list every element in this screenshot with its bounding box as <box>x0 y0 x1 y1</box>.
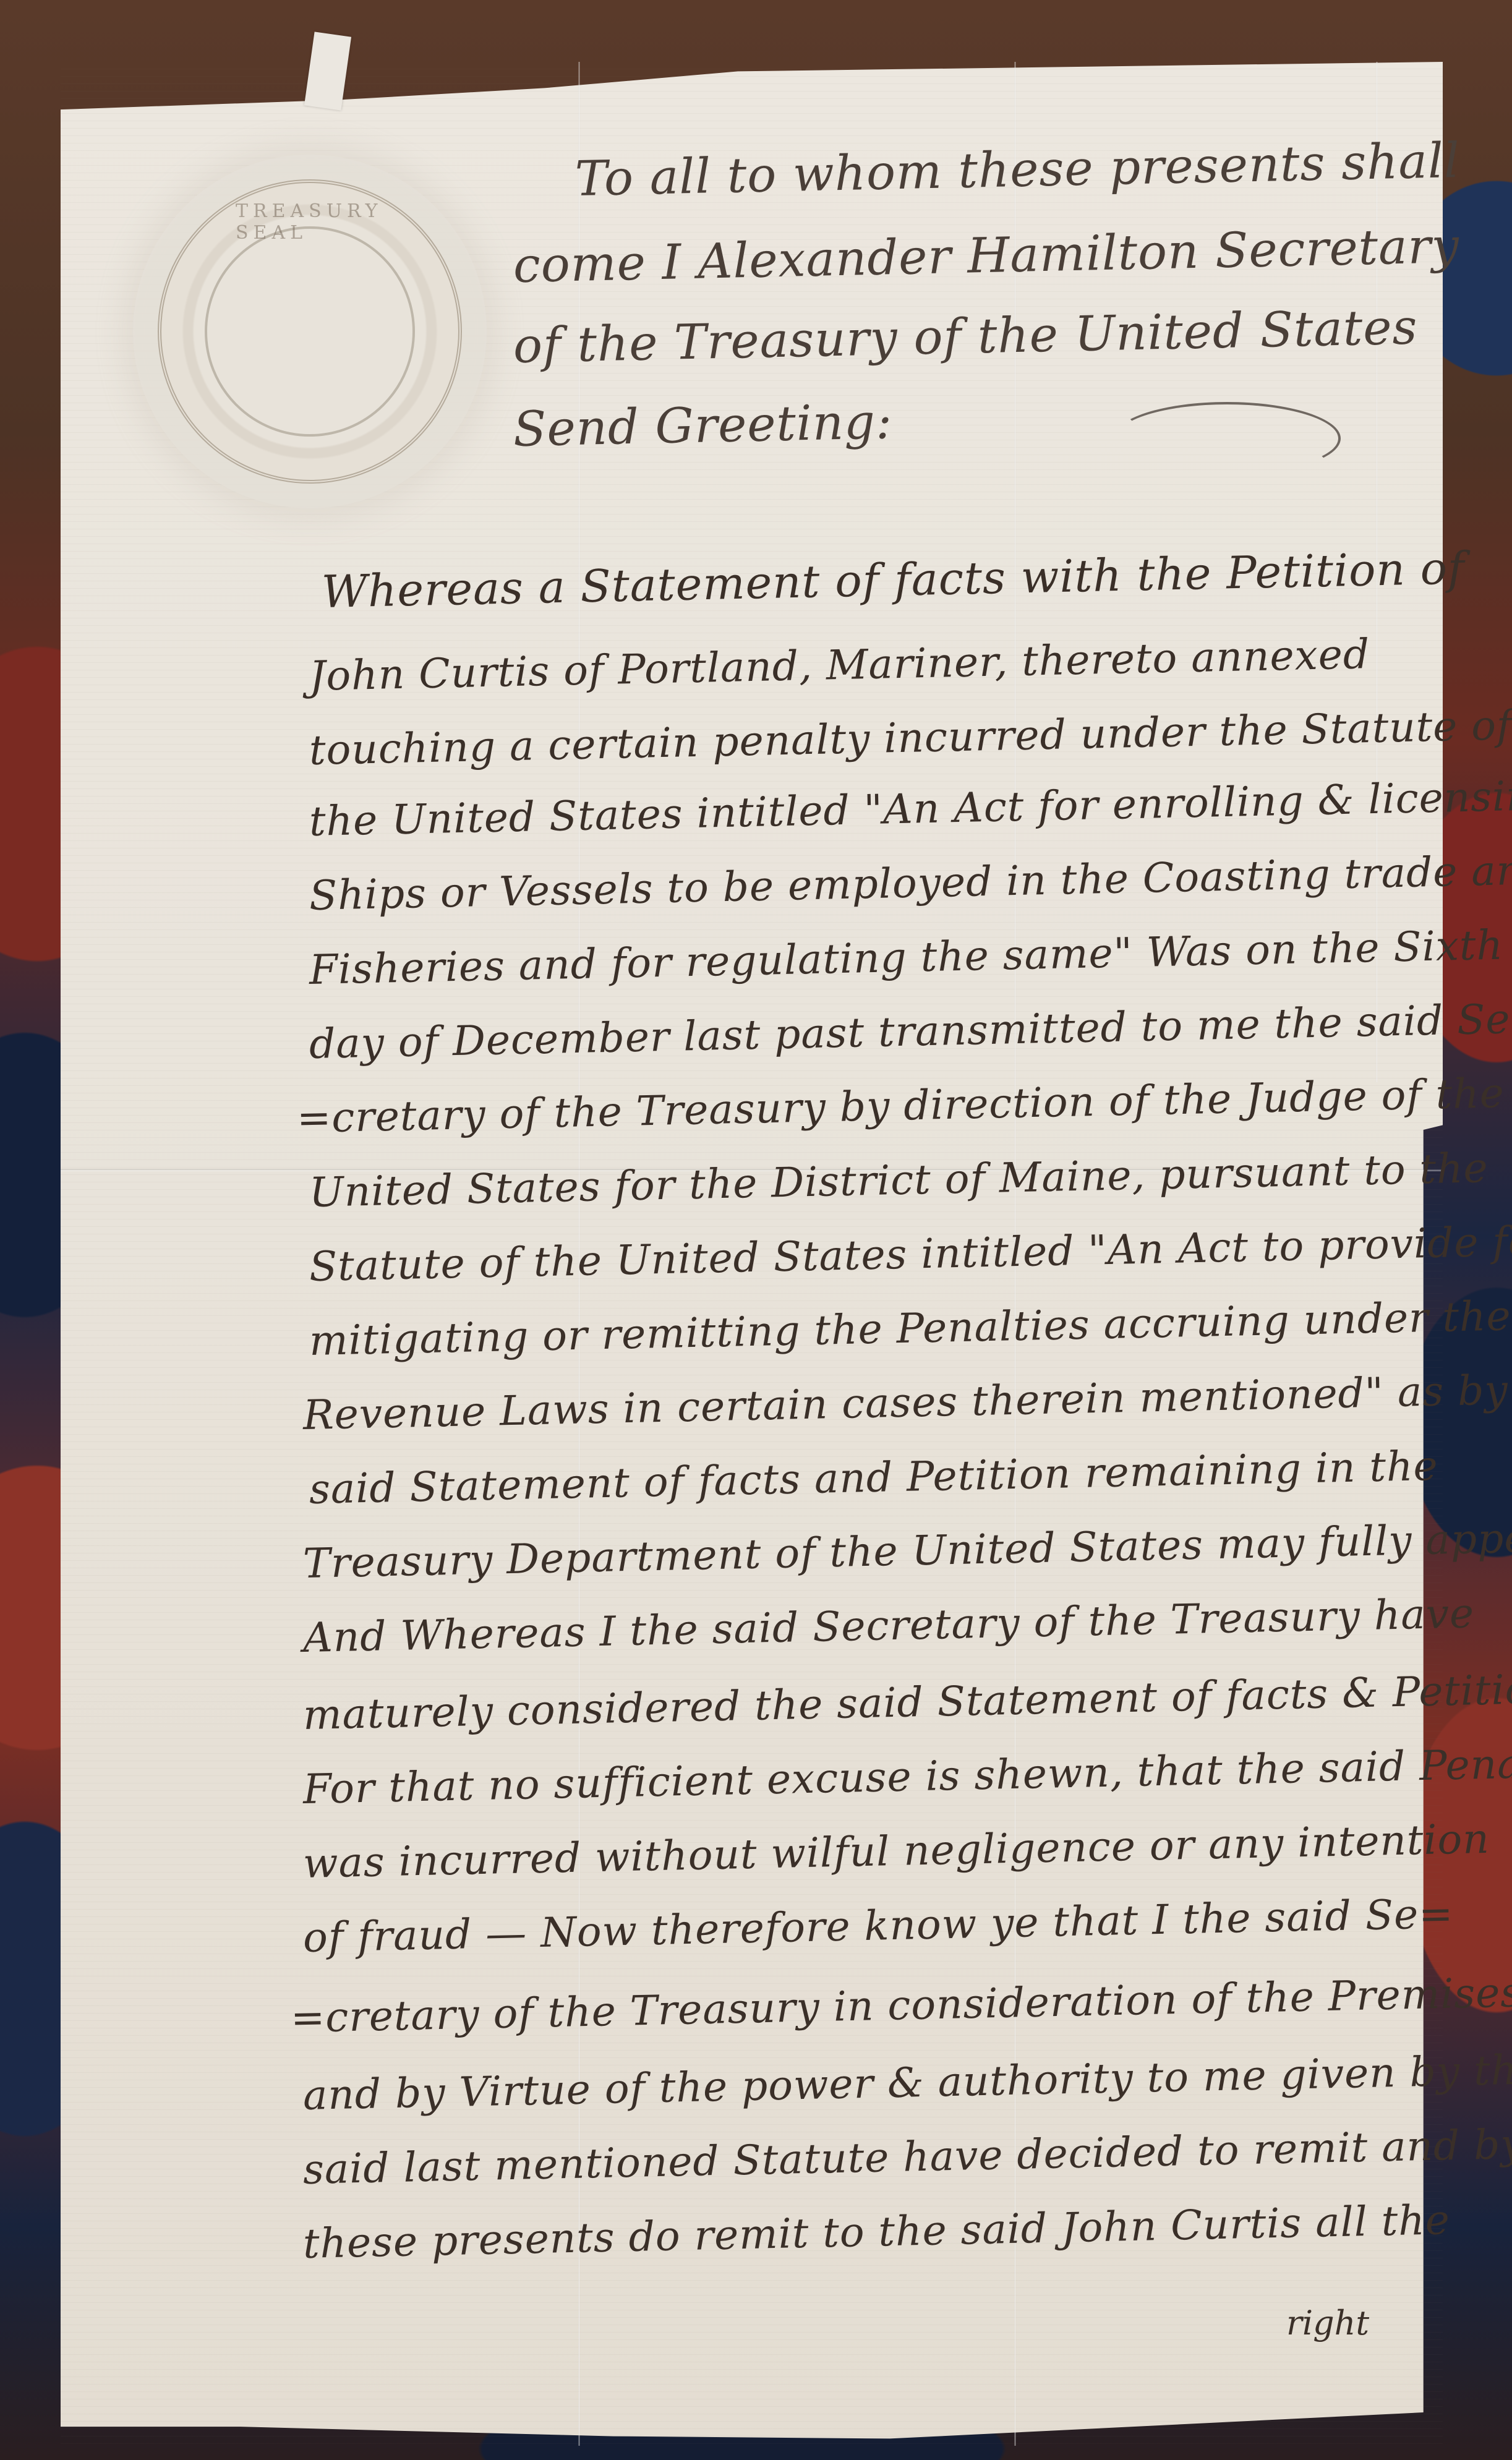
seal-text: TREASURY SEAL <box>236 200 384 244</box>
heading-line: Send Greeting: <box>513 394 893 458</box>
seal-inner-ring <box>205 226 415 437</box>
embossed-seal: TREASURY SEAL <box>158 179 462 484</box>
flourish-decoration <box>1113 402 1341 475</box>
paper-tab <box>304 32 351 110</box>
catchword: right <box>1286 2304 1369 2343</box>
